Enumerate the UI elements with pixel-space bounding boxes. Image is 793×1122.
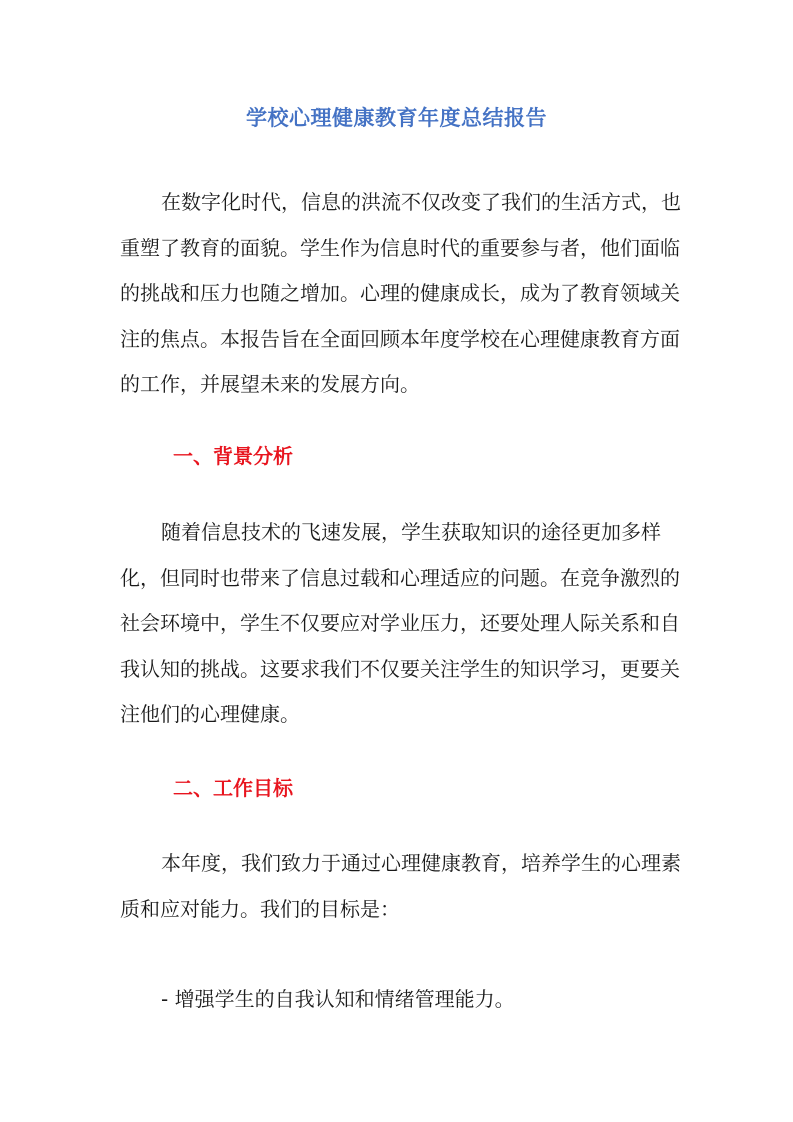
section-heading-background: 一、背景分析 [173, 440, 293, 469]
section-heading-goals: 二、工作目标 [173, 772, 293, 801]
document-page: 学校心理健康教育年度总结报告 在数字化时代，信息的洪流不仅改变了我们的生活方式，… [0, 0, 793, 1122]
document-title: 学校心理健康教育年度总结报告 [0, 102, 793, 132]
goal-bullet-item: - 增强学生的自我认知和情绪管理能力。 [161, 983, 515, 1012]
intro-paragraph: 在数字化时代，信息的洪流不仅改变了我们的生活方式，也重塑了教育的面貌。学生作为信… [120, 180, 690, 408]
goals-paragraph: 本年度，我们致力于通过心理健康教育，培养学生的心理素质和应对能力。我们的目标是： [120, 841, 690, 932]
background-paragraph: 随着信息技术的飞速发展，学生获取知识的途径更加多样化，但同时也带来了信息过载和心… [120, 510, 690, 738]
